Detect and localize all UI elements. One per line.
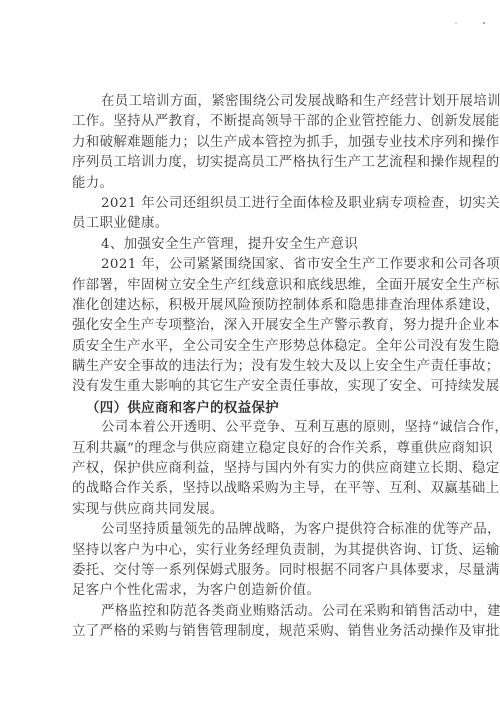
text-line: 互利共赢”的理念与供应商建立稳定良好的合作关系，尊重供应商知识 (72, 439, 422, 459)
section-heading-supplier-customer: （四）供应商和客户的权益保护 (72, 398, 422, 418)
paragraph-customer-rights: 公司坚持质量领先的品牌战略，为客户提供符合标准的优等产品， 坚持以客户为中心，实… (72, 520, 422, 602)
text-line: 员工职业健康。 (72, 214, 422, 234)
section-heading-text: （四）供应商和客户的权益保护 (72, 398, 422, 418)
paragraph-safety-production: 2021 年，公司紧紧围绕国家、省市安全生产工作要求和公司各项工 作部署，牢固树… (72, 255, 422, 398)
text-line: 严格监控和防范各类商业贿赂活动。公司在采购和销售活动中，建 (72, 602, 422, 622)
text-line: 没有发生重大影响的其它生产安全责任事故，实现了安全、可持续发展 (72, 377, 422, 397)
text-line: 产权，保护供应商利益，坚持与国内外有实力的供应商建立长期、稳定 (72, 459, 422, 479)
text-line: 公司坚持质量领先的品牌战略，为客户提供符合标准的优等产品， (72, 520, 422, 540)
subheading-text: 4、加强安全生产管理，提升安全生产意识 (72, 235, 422, 255)
text-line: 公司本着公开透明、公平竞争、互利互惠的原则，坚持“诚信合作， (72, 418, 422, 438)
text-line: 瞒生产安全事故的违法行为；没有发生较大及以上安全生产责任事故； (72, 357, 422, 377)
text-line: 强化安全生产专项整治，深入开展安全生产警示教育，努力提升企业本 (72, 316, 422, 336)
text-line: 质安全生产水平，全公司安全生产形势总体稳定。全年公司没有发生隐 (72, 337, 422, 357)
text-line: 实现与供应商共同发展。 (72, 500, 422, 520)
paragraph-health-check: 2021 年公司还组织员工进行全面体检及职业病专项检查，切实关注 员工职业健康。 (72, 194, 422, 235)
text-line: 2021 年公司还组织员工进行全面体检及职业病专项检查，切实关注 (72, 194, 422, 214)
text-line: 委托、交付等一系列保姆式服务。同时根据不同客户具体要求，尽量满 (72, 561, 422, 581)
document-body: 在员工培训方面，紧密围绕公司发展战略和生产经营计划开展培训 工作。坚持从严教育，… (72, 92, 422, 643)
text-line: 能力。 (72, 174, 422, 194)
text-line: 2021 年，公司紧紧围绕国家、省市安全生产工作要求和公司各项工 (72, 255, 422, 275)
subheading-safety-management: 4、加强安全生产管理，提升安全生产意识 (72, 235, 422, 255)
text-line: 力和破解难题能力；以生产成本管控为抓手，加强专业技术序列和操作 (72, 133, 422, 153)
text-line: 的战略合作关系，坚持以战略采购为主导，在平等、互利、双赢基础上， (72, 479, 422, 499)
scan-mark-dot (483, 22, 485, 24)
paragraph-supplier-rights: 公司本着公开透明、公平竞争、互利互惠的原则，坚持“诚信合作， 互利共赢”的理念与… (72, 418, 422, 520)
text-line: 立了严格的采购与销售管理制度，规范采购、销售业务活动操作及审批 (72, 622, 422, 642)
text-line: 坚持以客户为中心，实行业务经理负责制，为其提供咨询、订货、运输 (72, 541, 422, 561)
paragraph-anti-bribery: 严格监控和防范各类商业贿赂活动。公司在采购和销售活动中，建 立了严格的采购与销售… (72, 602, 422, 643)
document-page: 在员工培训方面，紧密围绕公司发展战略和生产经营计划开展培训 工作。坚持从严教育，… (0, 0, 500, 706)
text-line: 工作。坚持从严教育，不断提高领导干部的企业管控能力、创新发展能 (72, 112, 422, 132)
text-line: 在员工培训方面，紧密围绕公司发展战略和生产经营计划开展培训 (72, 92, 422, 112)
text-line: 作部署，牢固树立安全生产红线意识和底线思维，全面开展安全生产标 (72, 276, 422, 296)
text-line: 准化创建达标，积极开展风险预防控制体系和隐患排查治理体系建设， (72, 296, 422, 316)
paragraph-employee-training: 在员工培训方面，紧密围绕公司发展战略和生产经营计划开展培训 工作。坚持从严教育，… (72, 92, 422, 194)
text-line: 序列员工培训力度，切实提高员工严格执行生产工艺流程和操作规程的 (72, 153, 422, 173)
text-line: 足客户个性化需求，为客户创造新价值。 (72, 581, 422, 601)
scan-mark-dot (455, 22, 457, 24)
